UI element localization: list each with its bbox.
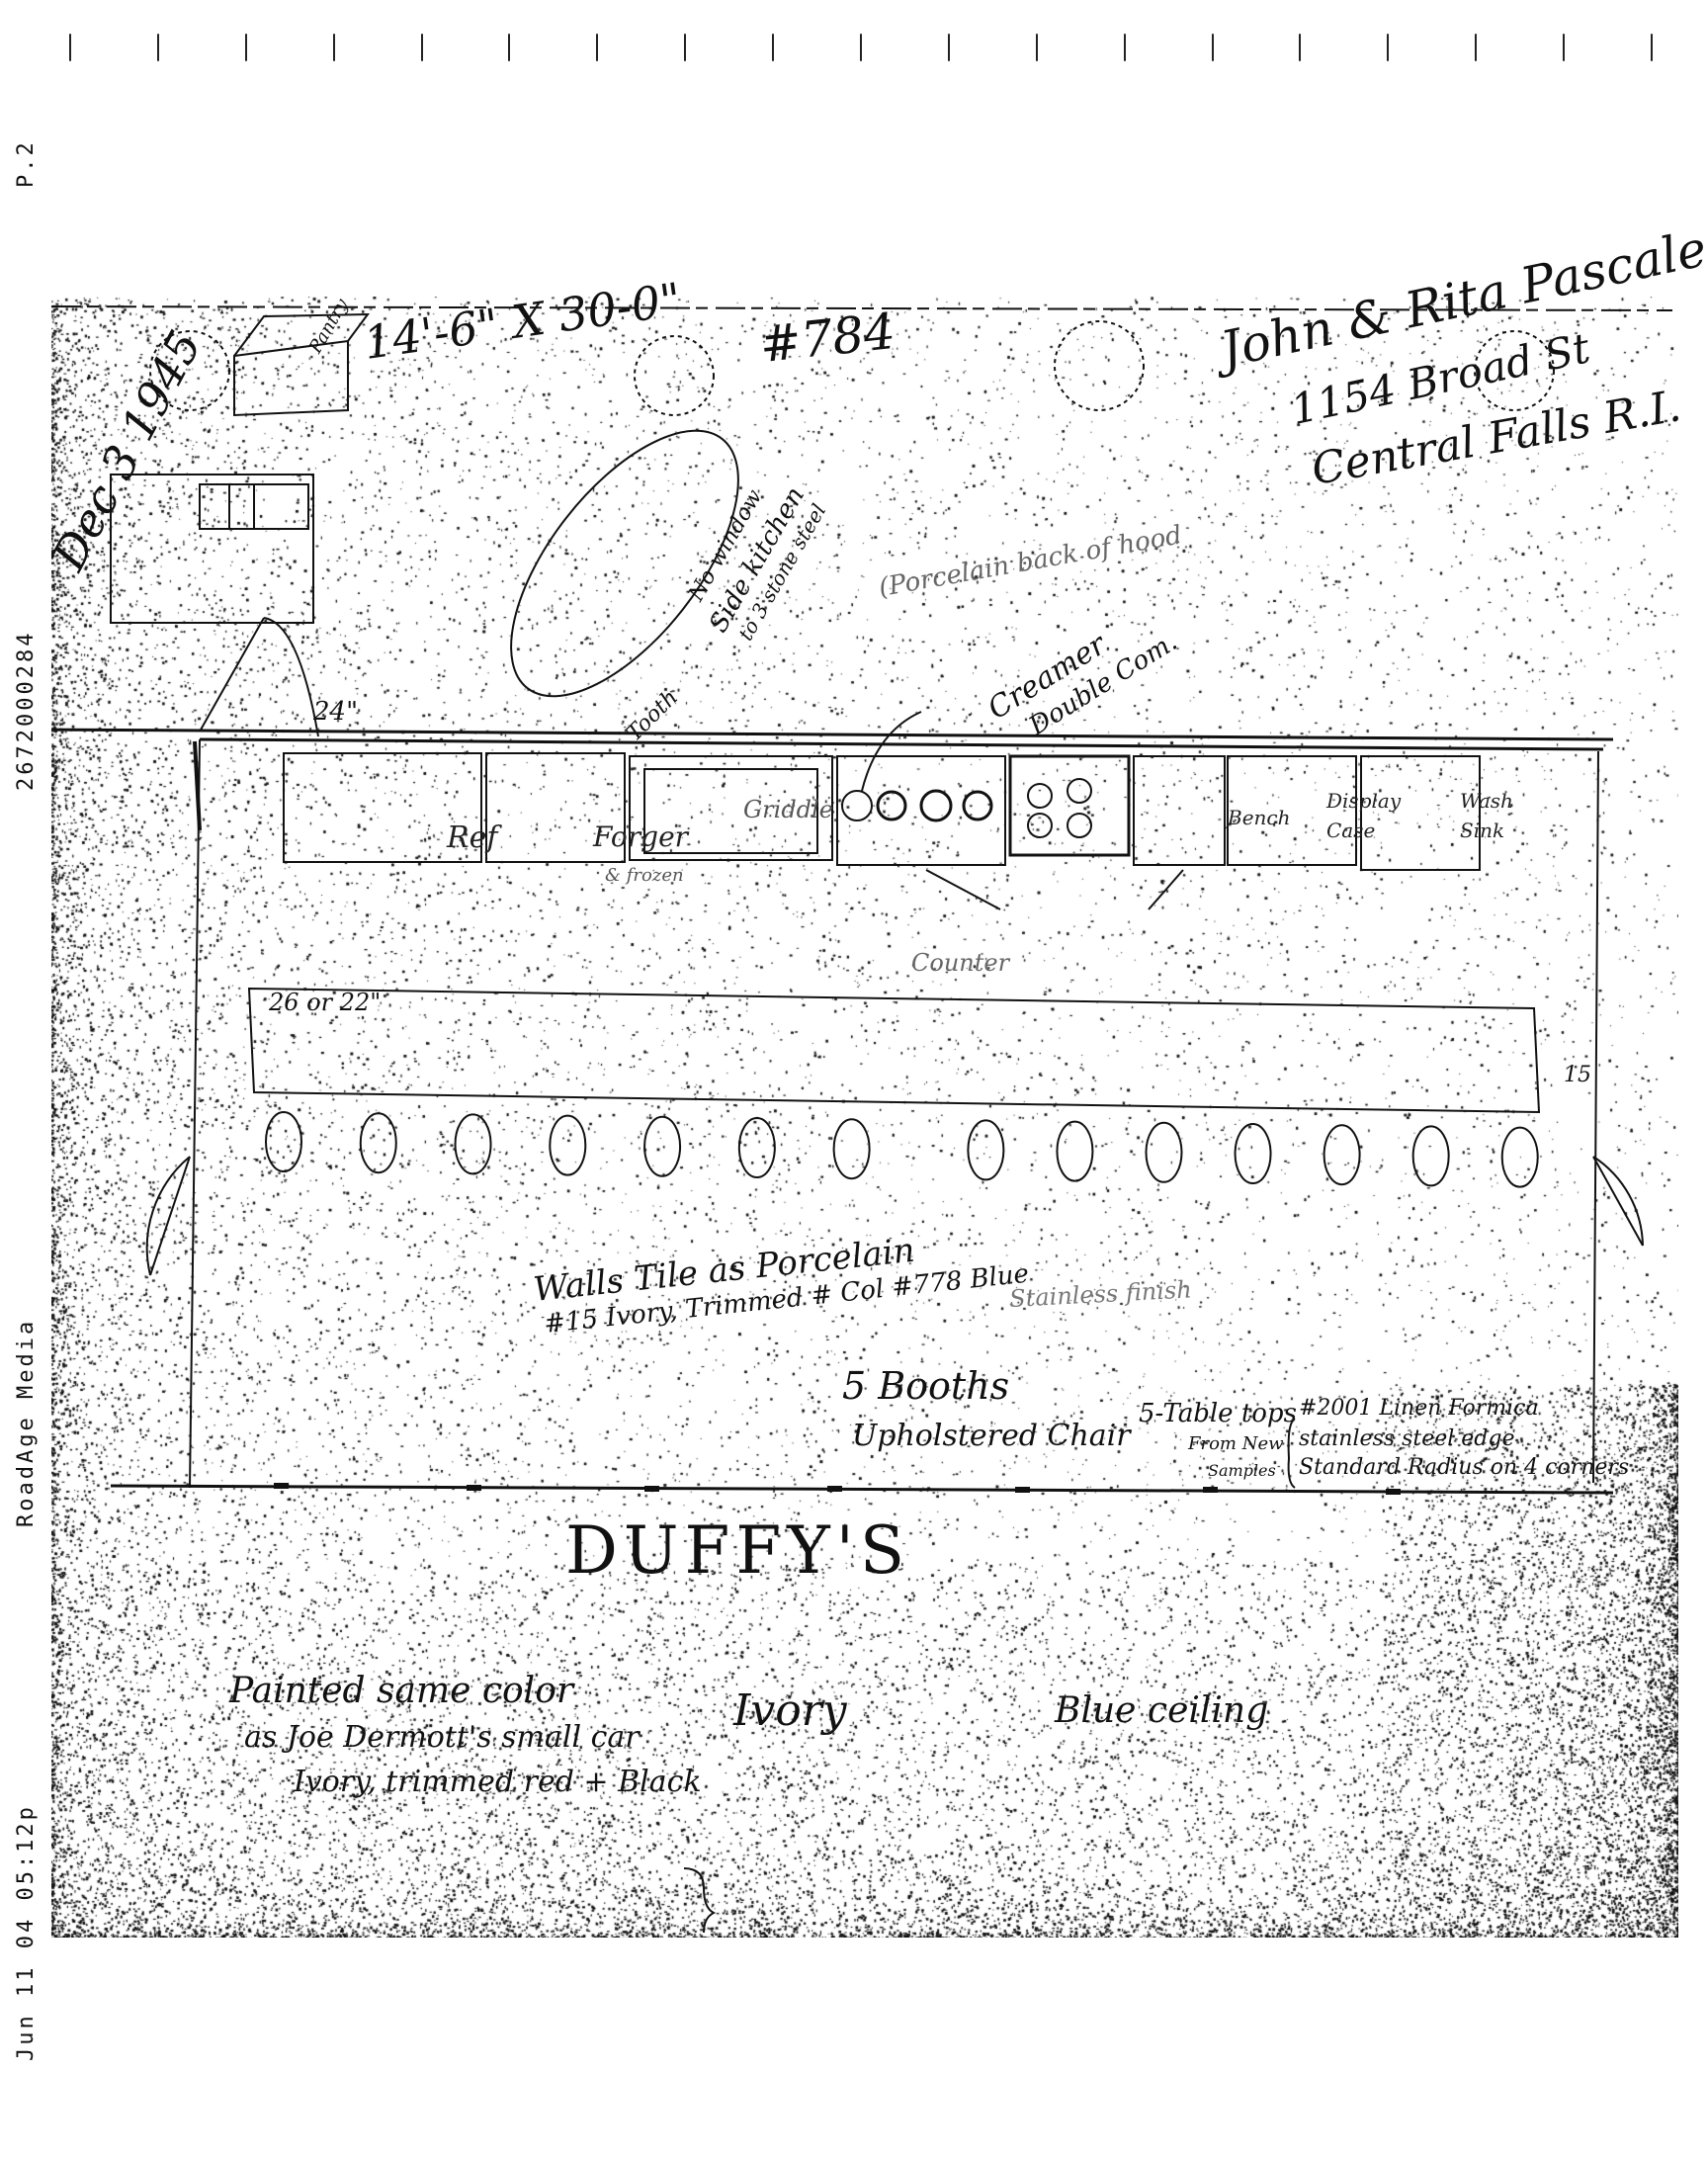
equipment-wash-sink: Wash Sink [1460,786,1549,845]
stool [739,1118,775,1177]
right-dimension: 15 [1564,1063,1591,1087]
top-exterior-wall [51,730,1613,739]
equipment-forger: Forger [593,820,688,853]
fax-phone-number: 2672000284 [14,631,39,791]
stool [550,1116,585,1175]
tick-mark [1563,34,1565,61]
stool [1146,1123,1181,1182]
floor-plan-sheet: Dec 3 1945 14'-6" X 30-0" Pantry #784 Jo… [51,297,1678,1938]
frozen-note: & frozen [605,865,684,886]
equipment-griddle: Griddle [743,796,833,823]
tick-mark [333,34,335,61]
equipment-bench: Bench [1228,806,1291,829]
painted-note-line3: Ivory, trimmed red + Black [294,1765,702,1799]
tick-mark [1212,34,1214,61]
tick-mark [421,34,423,61]
counter-outline [249,989,1539,1112]
fax-timestamp: Jun 11 04 05:12p [14,1804,39,2061]
tick-mark [1475,34,1477,61]
tick-mark [772,34,774,61]
stool-row [266,1112,1538,1187]
ivory-note: Ivory [733,1685,847,1736]
counter-label: Counter [911,949,1009,977]
tick-mark [1299,34,1301,61]
stool [1413,1126,1449,1185]
formica-line1: #2001 Linen Formica [1299,1396,1539,1421]
stool [644,1117,680,1176]
tick-mark [860,34,862,61]
tick-mark [69,34,71,61]
fax-page-number: P.2 [14,139,39,188]
tick-mark [245,34,247,61]
stool [968,1120,1003,1179]
pantry-box-sketch [234,314,368,415]
equipment-display-case: Display Case [1326,786,1445,845]
equipment-ref: Ref [447,820,497,855]
pantry-room-outline [111,475,313,623]
tick-mark [1036,34,1038,61]
counter-height-note: 26 or 22" [269,989,381,1016]
stool [361,1113,396,1172]
booths-note-line1: 5 Booths [842,1364,1009,1408]
tick-mark [1124,34,1126,61]
stool [266,1112,301,1171]
stool [834,1119,870,1178]
formica-line3: Standard Radius on 4 corners [1299,1455,1629,1480]
tick-mark [948,34,950,61]
tick-mark [1651,34,1653,61]
diner-sign-duffys: DUFFY'S [565,1512,910,1589]
booths-note-line2: Upholstered Chair [852,1419,1131,1453]
stool [1502,1128,1538,1187]
stool [1236,1124,1271,1183]
formica-line2: stainless steel edge [1299,1426,1515,1451]
tick-mark [596,34,598,61]
stool [456,1114,491,1173]
tick-mark [1387,34,1389,61]
table-tops-line2: From New [1188,1433,1284,1454]
door-width-24: 24" [313,697,358,727]
tick-mark [157,34,159,61]
fax-sender: RoadAge Media [14,1319,39,1527]
tick-mark [508,34,510,61]
fax-tick-marks [69,34,1651,73]
stool [1324,1125,1360,1184]
painted-note-line2: as Joe Dermott's small car [244,1720,640,1755]
table-tops-line3: Samples [1208,1461,1276,1480]
table-tops-line1: 5-Table tops [1139,1399,1297,1428]
tick-mark [684,34,686,61]
fax-header: P.2 2672000284 RoadAge Media Jun 11 04 0… [0,0,59,2158]
painted-note-line1: Painted same color [229,1671,573,1711]
ceiling-note: Blue ceiling [1055,1690,1268,1731]
stool [1057,1122,1092,1181]
